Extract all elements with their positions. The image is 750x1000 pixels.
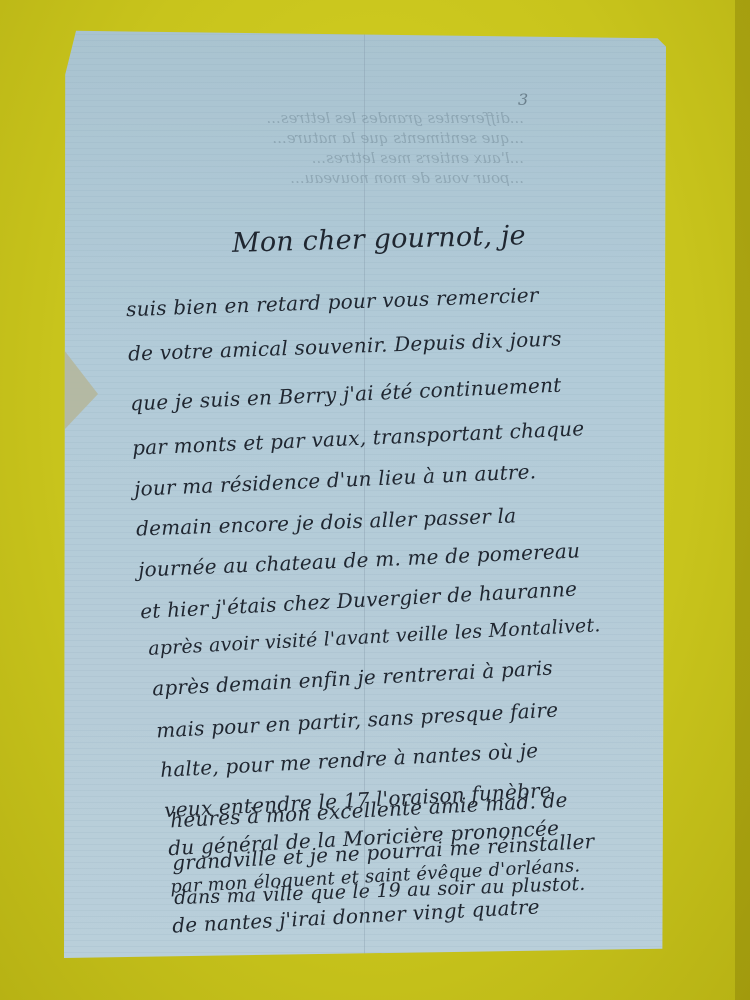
letter-line: demain encore je dois aller passer la	[136, 503, 517, 540]
tape-remnant	[64, 350, 98, 430]
letter-line: halte, pour me rendre à nantes où je	[160, 738, 539, 782]
letter-line: de votre amical souvenir. Depuis dix jou…	[128, 326, 562, 365]
letter-line: jour ma résidence d'un lieu à un autre.	[134, 459, 537, 501]
salutation: Mon cher gournot, je	[232, 220, 526, 259]
bleed-through-text: ...differentes grandes les lettres... ..…	[194, 108, 524, 188]
letter-line: et hier j'étais chez Duvergier de hauran…	[140, 577, 578, 624]
letter-line: mais pour en partir, sans presque faire	[156, 697, 559, 742]
letter-line: suis bien en retard pour vous remercier	[126, 283, 539, 321]
page-number: 3	[518, 90, 528, 109]
letter-line: après demain enfin je rentrerai à paris	[152, 656, 554, 701]
letter-line: par monts et par vaux, transportant chaq…	[132, 416, 585, 460]
letter-line: journée au chateau de m. me de pomereau	[138, 538, 581, 581]
letter-line: après avoir visité l'avant veille les Mo…	[148, 614, 601, 660]
letter-line: que je suis en Berry j'ai été continueme…	[130, 373, 562, 416]
